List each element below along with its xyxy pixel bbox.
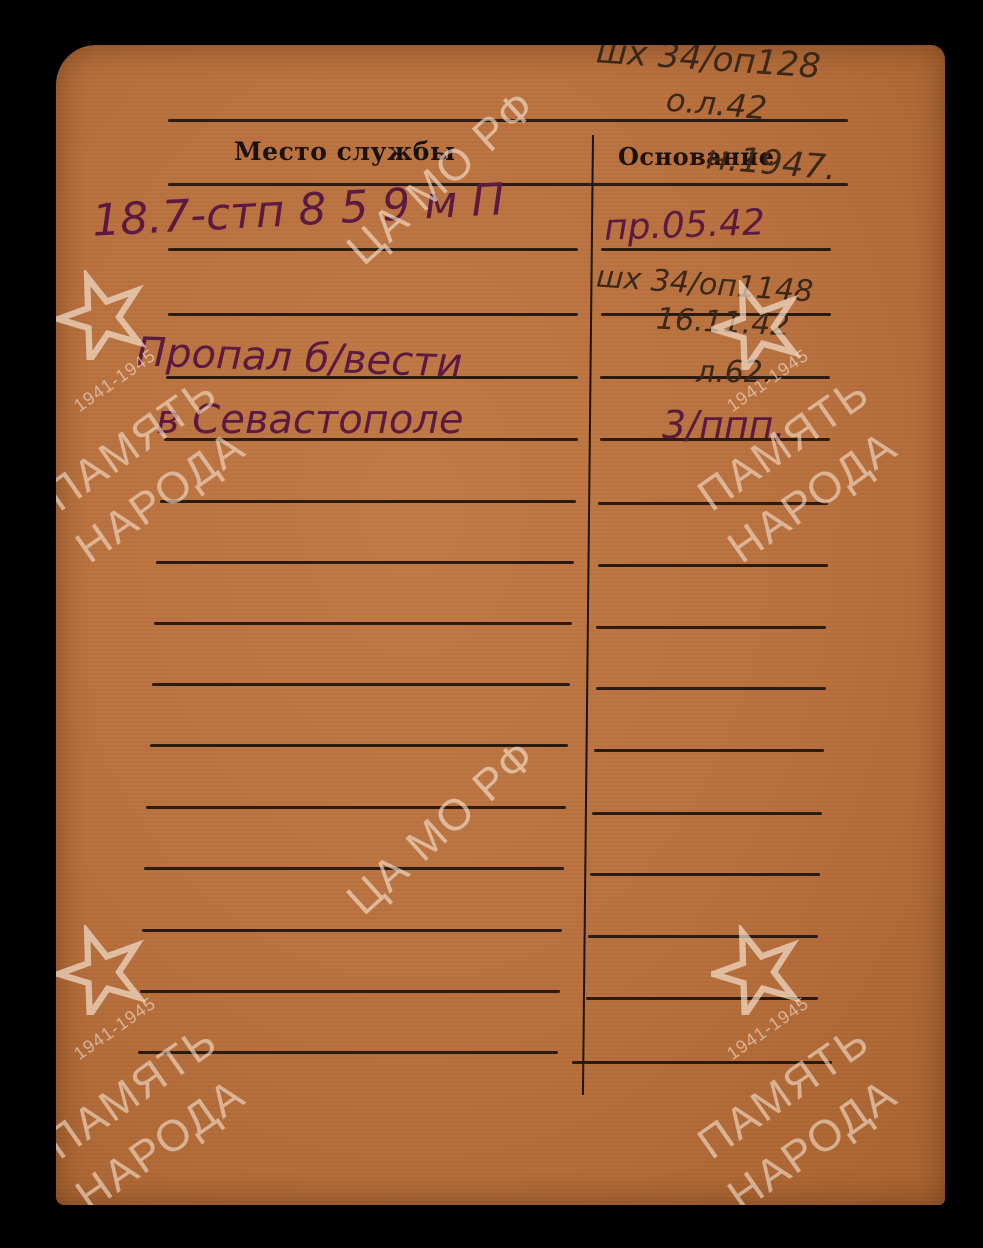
- entry-basis: пр.05.42: [603, 202, 765, 249]
- watermark-archive: ЦА МО РФ: [338, 730, 546, 925]
- top-annotation-line3: н.1947.: [705, 137, 838, 188]
- row-rule: [598, 564, 828, 567]
- row-rule: [154, 622, 572, 625]
- row-rule: [596, 626, 826, 629]
- row-rule: [156, 561, 574, 564]
- column-divider: [582, 135, 594, 1095]
- row-rule: [160, 500, 576, 503]
- row-rule: [594, 749, 824, 752]
- row-rule: [596, 687, 826, 690]
- star-icon: [56, 925, 146, 1015]
- row-rule: [144, 867, 564, 870]
- record-card: Место службы Основание шх 34/оп128 о.л.4…: [56, 45, 945, 1205]
- watermark-archive: ЦА МО РФ: [338, 80, 546, 275]
- row-rule: [592, 812, 822, 815]
- row-rule: [142, 929, 562, 932]
- top-annotation-line1: шх 34/оп128: [595, 45, 822, 87]
- row-rule: [152, 683, 570, 686]
- star-icon: [56, 270, 146, 360]
- row-rule: [168, 313, 578, 316]
- row-rule: [590, 873, 820, 876]
- row-rule: [146, 806, 566, 809]
- row-rule: [140, 990, 560, 993]
- row-rule: [601, 248, 831, 251]
